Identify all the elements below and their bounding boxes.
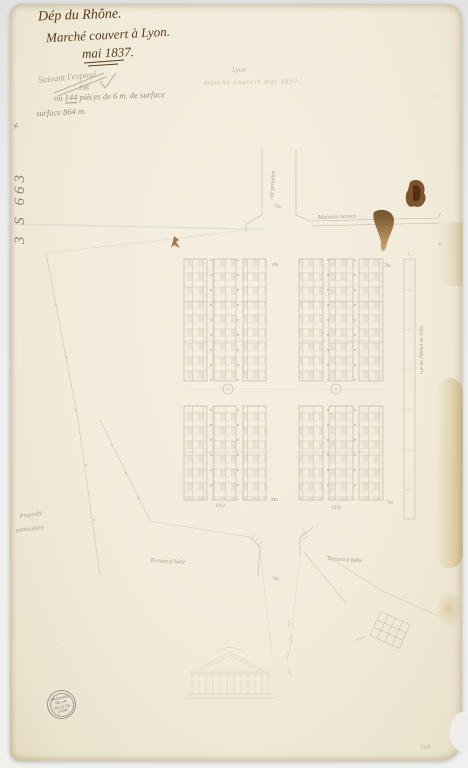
shelfmark-vertical: 3 S 663 bbox=[12, 132, 29, 244]
title-line-date: mai 1837. bbox=[82, 44, 135, 62]
pencil-note-prefix: ou bbox=[54, 93, 63, 103]
title-line-department: Dép du Rhône. bbox=[38, 7, 122, 26]
faint-note-subject: marché couvert mai 1837 bbox=[204, 77, 299, 87]
scanned-plan-document: Dép du Rhône. Marché couvert à Lyon. mai… bbox=[0, 0, 468, 768]
paper-sheet bbox=[10, 4, 462, 761]
edge-stain-patch bbox=[436, 590, 462, 628]
faint-note-city: Lyon bbox=[232, 66, 246, 74]
pencil-note-superscript: 156 bbox=[78, 84, 89, 92]
stamp-line-3: LYON bbox=[57, 707, 68, 713]
edge-stain-upper bbox=[438, 222, 463, 286]
archive-stamp-text: ARCHIVES DE LA VILLE DE LYON bbox=[47, 690, 75, 718]
edge-stain-band bbox=[436, 378, 463, 568]
pencil-note-quantity: 144156 bbox=[64, 92, 77, 103]
